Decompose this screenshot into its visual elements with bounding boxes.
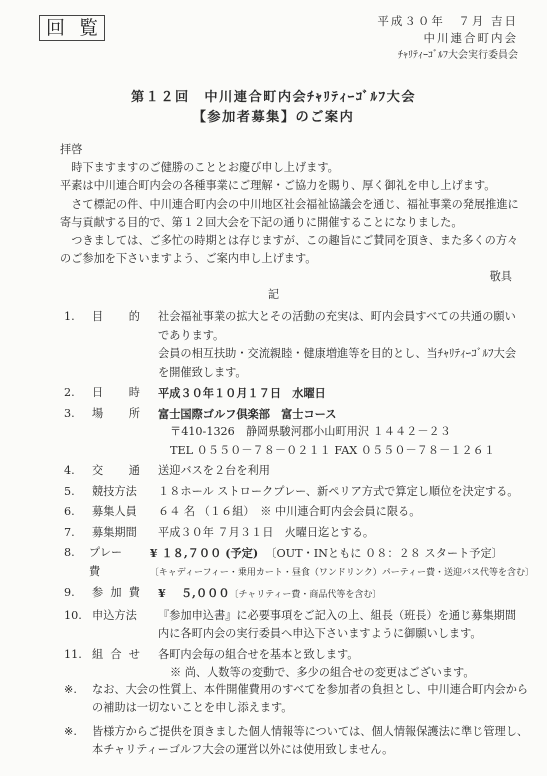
detail-transport: 4. 交通 送迎バスを２台を利用 (64, 462, 534, 481)
item-value: 平成３０年 ７月３１日 火曜日迄とする。 (158, 524, 534, 543)
item-label: 募集人員 (92, 503, 158, 522)
item-value: １８ホール ストロークプレー、新ペリア方式で算定し順位を決定する。 (158, 483, 534, 502)
letter-paragraph: 寄与貢献する目的で、第１２回大会を下記の通りに開催することになりました。 (60, 214, 520, 232)
item-number: 2. (64, 384, 92, 403)
stamp-char: 回 (46, 16, 65, 40)
item-number: 8. (64, 544, 89, 582)
item-number: 11. (64, 646, 92, 683)
letter-paragraph: のご参加を下さいますよう、ご案内申し上げます。 (60, 250, 520, 268)
sender-block: 平成３０年 ７月 吉日 中川連合町内会 ﾁｬﾘﾃｨｰｺﾞﾙﾌ大会実行委員会 (377, 13, 518, 64)
detail-entry-fee: 9. 参加費 ¥ ５,０００〔チャリティー費・商品代等を含む〕 (64, 584, 534, 605)
notes-section: ※. なお、大会の性質上、本件開催費用のすべてを参加者の負担とし、中川連合町内会… (64, 681, 534, 765)
detail-play-fee: 8. プレー費 ¥ １８,７００ (予定) 〔OUT・INともに ０８：２８ ス… (64, 544, 534, 582)
note-text: なお、大会の性質上、本件開催費用のすべてを参加者の負担とし、中川連合町内会から … (92, 681, 534, 717)
item-label: 申込方法 (92, 607, 158, 644)
letter-body: 拝啓 時下ますますのご健勝のこととお慶び申し上げます。 平素は中川連合町内会の各… (60, 141, 520, 287)
document-subtitle: 【参加者募集】のご案内 (0, 106, 547, 125)
item-label: 目的 (92, 308, 158, 382)
item-label: 組合せ (92, 646, 158, 683)
item-number: 7. (64, 524, 92, 543)
detail-format: 5. 競技方法 １８ホール ストロークプレー、新ペリア方式で算定し順位を決定する… (64, 483, 534, 502)
item-number: 10. (64, 607, 92, 644)
item-number: 6. (64, 503, 92, 522)
entry-fee-includes: 〔チャリティー費・商品代等を含む〕 (230, 590, 382, 600)
item-label: 参加費 (92, 584, 158, 605)
detail-application: 10. 申込方法 『参加申込書』に必要事項をご記入の上、組長（班長）を通じ募集期… (64, 607, 534, 644)
note-privacy: ※. 皆様方からご提供を頂きました個人情報等については、個人情報保護法に準じ管理… (64, 723, 534, 759)
entry-fee-amount: ¥ ５,０００ (158, 586, 230, 600)
ki-heading: 記 (0, 286, 547, 302)
item-label: 日時 (92, 384, 158, 403)
detail-period: 7. 募集期間 平成３０年 ７月３１日 火曜日迄とする。 (64, 524, 534, 543)
item-value: 各町内会毎の組合せを基本と致します。 ※ 尚、人数等の変動で、多少の組合せの変更… (158, 646, 534, 683)
sender-org: 中川連合町内会 (377, 30, 518, 47)
detail-grouping: 11. 組合せ 各町内会毎の組合せを基本と致します。 ※ 尚、人数等の変動で、多… (64, 646, 534, 683)
venue-address: 〒410-1326 静岡県駿河郡小山町用沢 １４４２－２３ (158, 423, 534, 442)
document-title: 第１２回 中川連合町内会ﾁｬﾘﾃｨｰｺﾞﾙﾌ大会 (0, 86, 547, 105)
letter-paragraph: つきましては、ご多忙の時期とは存じますが、この趣旨にご賛同を頂き、また多くの方々 (60, 232, 520, 250)
item-value: ¥ ５,０００〔チャリティー費・商品代等を含む〕 (158, 584, 534, 605)
item-value: 富士国際ゴルフ倶楽部 富士コース 〒410-1326 静岡県駿河郡小山町用沢 １… (158, 405, 534, 461)
issue-date: 平成３０年 ７月 吉日 (377, 13, 518, 30)
item-number: 5. (64, 483, 92, 502)
play-fee-includes: 〔キャディーフィー・乗用カート・昼食（ワンドリンク）パーティー費・送迎バス代等を… (150, 564, 534, 583)
closing-salutation: 敬具 (60, 268, 520, 286)
note-text: 皆様方からご提供を頂きました個人情報等については、個人情報保護法に準じ管理し、 … (92, 723, 534, 759)
item-number: 1. (64, 308, 92, 382)
detail-datetime: 2. 日時 平成３０年１０月１７日 水曜日 (64, 384, 534, 403)
item-label: プレー費 (89, 544, 150, 582)
item-value: ６４ 名 （１６組） ※ 中川連合町内会会員に限る。 (158, 503, 534, 522)
detail-venue: 3. 場所 富士国際ゴルフ倶楽部 富士コース 〒410-1326 静岡県駿河郡小… (64, 405, 534, 461)
letter-paragraph: さて標記の件、中川連合町内会の中川地区社会福祉協議会を通じ、福祉事業の発展推進に (60, 196, 520, 214)
item-label: 交通 (92, 462, 158, 481)
opening-salutation: 拝啓 (60, 141, 520, 159)
letter-paragraph: 平素は中川連合町内会の各種事業にご理解・ご協力を賜り、厚く御礼を申し上げます。 (60, 177, 520, 195)
play-fee-amount: ¥ １８,７００ (予定) (150, 546, 258, 560)
item-value: 送迎バスを２台を利用 (158, 462, 534, 481)
item-label: 場所 (92, 405, 158, 461)
item-label: 競技方法 (92, 483, 158, 502)
note-mark: ※. (64, 681, 92, 717)
detail-capacity: 6. 募集人員 ６４ 名 （１６組） ※ 中川連合町内会会員に限る。 (64, 503, 534, 522)
note-mark: ※. (64, 723, 92, 759)
circulation-stamp: 回 覧 (39, 15, 105, 41)
note-funding: ※. なお、大会の性質上、本件開催費用のすべてを参加者の負担とし、中川連合町内会… (64, 681, 534, 717)
stamp-char: 覧 (79, 16, 98, 40)
letter-paragraph: 時下ますますのご健勝のこととお慶び申し上げます。 (60, 159, 520, 177)
start-time-note: 〔OUT・INともに ０８：２８ スタート予定〕 (265, 547, 503, 560)
item-value: 平成３０年１０月１７日 水曜日 (158, 384, 534, 403)
item-number: 3. (64, 405, 92, 461)
item-value: 社会福祉事業の拡大とその活動の充実は、町内会員すべての共通の願い であります。 … (158, 308, 534, 382)
venue-phone: TEL ０５５０－７８－０２１１ FAX ０５５０－７８－１２６１ (158, 442, 534, 461)
details-list: 1. 目的 社会福祉事業の拡大とその活動の充実は、町内会員すべての共通の願い で… (64, 308, 534, 685)
item-value: ¥ １８,７００ (予定) 〔OUT・INともに ０８：２８ スタート予定〕 〔… (150, 544, 534, 582)
item-number: 4. (64, 462, 92, 481)
item-label: 募集期間 (92, 524, 158, 543)
detail-purpose: 1. 目的 社会福祉事業の拡大とその活動の充実は、町内会員すべての共通の願い で… (64, 308, 534, 382)
item-value: 『参加申込書』に必要事項をご記入の上、組長（班長）を通じ募集期間 内に各町内会の… (158, 607, 534, 644)
item-number: 9. (64, 584, 92, 605)
sender-committee: ﾁｬﾘﾃｨｰｺﾞﾙﾌ大会実行委員会 (377, 47, 518, 64)
